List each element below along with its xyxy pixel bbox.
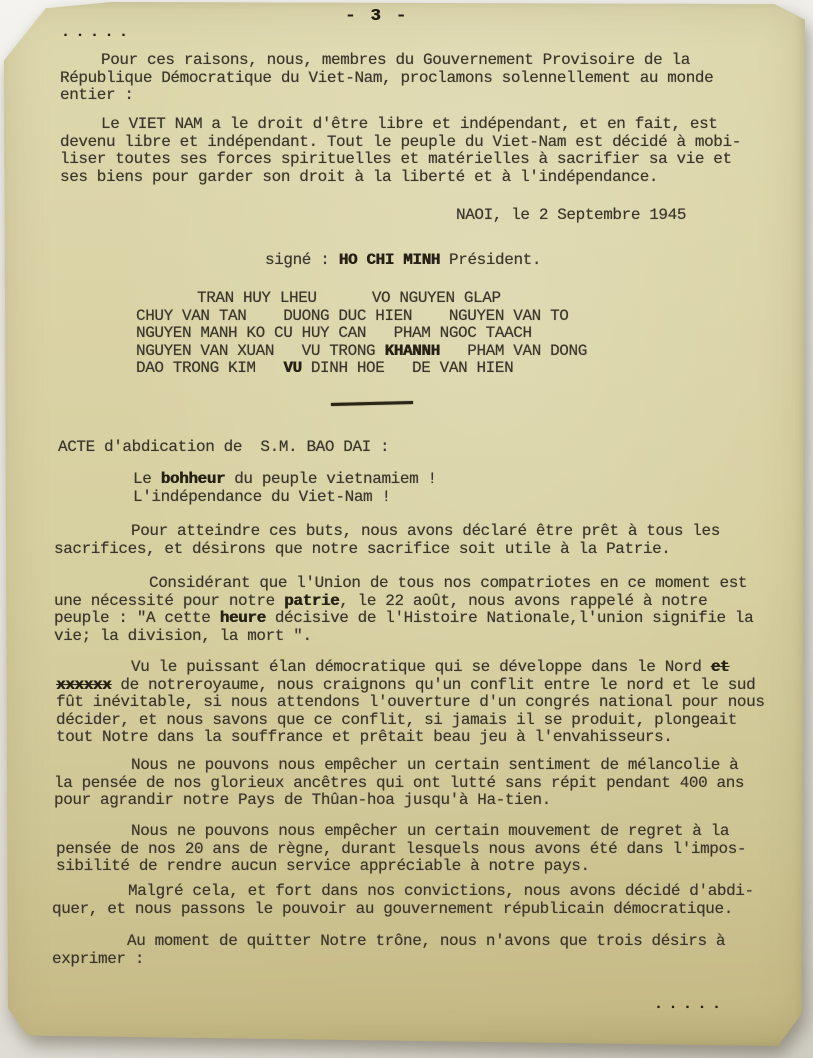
text-segment: Pour ces raisons, nous, membres du Gouve… [101, 51, 690, 69]
text-line: ..... [654, 996, 727, 1014]
text-segment: PHAM VAN DONG [440, 342, 587, 360]
text-segment: liser toutes ses forces spirituelles et … [60, 150, 732, 168]
struck-out-text: xxxxxx [56, 676, 111, 694]
text-segment: sacrifices, et désirons que notre sacrif… [54, 540, 671, 558]
text-line: Pour ces raisons, nous, membres du Gouve… [60, 52, 713, 70]
text-line: sacrifices, et désirons que notre sacrif… [54, 541, 720, 559]
text-line: devenu libre et indépendant. Tout le peu… [60, 134, 741, 152]
text-line: Le VIET NAM a le droit d'être libre et i… [60, 116, 741, 134]
text-segment: Pour atteindre ces buts, nous avons décl… [131, 522, 720, 540]
text-segment: Considérant que l'Union de tous nos comp… [149, 574, 747, 592]
dateline: NAOI, le 2 Septembre 1945 [456, 207, 686, 225]
page-number: - 3 - [345, 7, 409, 27]
text-line: quer, et nous passons le pouvoir au gouv… [52, 901, 754, 919]
text-line: TRAN HUY LHEU VO NGUYEN GLAP [136, 290, 587, 308]
struck-out-text: et [711, 658, 729, 676]
text-segment: pour agrandir notre Pays de Thûan-hoa ju… [54, 791, 551, 809]
text-line: xxxxxx de notreroyaume, nous craignons q… [56, 677, 765, 695]
text-segment: DINH HOE DE VAN HIEN [302, 359, 514, 377]
overstruck-bold-text: patrie [284, 592, 339, 610]
text-segment: entier : [60, 86, 134, 104]
overstruck-bold-text: KHANNH [384, 342, 439, 360]
text-segment: Vu le puissant élan démocratique qui se … [131, 658, 711, 676]
text-segment: vie; la division, la mort ". [54, 627, 312, 645]
para-considerant: Considérant que l'Union de tous nos comp… [54, 575, 753, 645]
text-line: République Démocratique du Viet-Nam, pro… [60, 70, 713, 88]
text-line: Le bohheur du peuple vietnamiem ! [133, 471, 437, 489]
text-line: CHUY VAN TAN DUONG DUC HIEN NGUYEN VAN T… [136, 308, 587, 326]
text-line: Vu le puissant élan démocratique qui se … [56, 659, 765, 677]
text-line: ..... [61, 24, 134, 42]
text-segment: devenu libre et indépendant. Tout le peu… [60, 133, 741, 151]
text-segment: sibilité de rendre aucun service appréci… [56, 857, 590, 875]
text-line: exprimer : [52, 951, 725, 969]
text-segment: quer, et nous passons le pouvoir au gouv… [52, 900, 733, 918]
text-segment: DAO TRONG KIM [136, 359, 283, 377]
separator-rule [331, 401, 413, 406]
text-line: Malgré cela, et fort dans nos conviction… [52, 883, 754, 901]
para-atteindre: Pour atteindre ces buts, nous avons décl… [54, 523, 720, 558]
text-segment: décider, et nous savons que ce conflit, … [56, 711, 737, 729]
text-segment: ses biens pour garder son droit à la lib… [60, 168, 658, 186]
text-segment: , le 22 août, nous avons rappelé à notre [339, 592, 707, 610]
text-segment: L'indépendance du Viet-Nam ! [133, 488, 391, 506]
text-segment: du peuple vietnamiem ! [225, 470, 437, 488]
text-segment: fût inévitable, si nous attendons l'ouve… [56, 693, 765, 711]
text-line: peuple : "A cette heure décisive de l'Hi… [54, 610, 753, 628]
text-line: sibilité de rendre aucun service appréci… [56, 858, 746, 876]
text-line: NGUYEN MANH KO CU HUY CAN PHAM NGOC TAAC… [136, 325, 587, 343]
text-segment: Le VIET NAM a le droit d'être libre et i… [101, 115, 718, 133]
text-line: DAO TRONG KIM VU DINH HOE DE VAN HIEN [136, 360, 587, 378]
text-line: Nous ne pouvons nous empêcher un certain… [54, 757, 744, 775]
para-au-moment: Au moment de quitter Notre trône, nous n… [52, 933, 725, 968]
text-line: une nécessité pour notre patrie, le 22 a… [54, 593, 753, 611]
document-photo: { "page_number": "- 3 -", "ink_color": "… [0, 0, 813, 1058]
signatories: TRAN HUY LHEU VO NGUYEN GLAPCHUY VAN TAN… [136, 290, 587, 378]
text-line: Pour atteindre ces buts, nous avons décl… [54, 523, 720, 541]
text-segment: de notreroyaume, nous craignons qu'un co… [111, 676, 755, 694]
text-segment: une nécessité pour notre [54, 592, 284, 610]
text-segment: la pensée de nos glorieux ancêtres qui o… [54, 774, 744, 792]
text-line: ACTE d'abdication de S.M. BAO DAI : [58, 439, 389, 457]
text-segment: NGUYEN VAN XUAN VU TRONG [136, 342, 384, 360]
text-line: entier : [60, 87, 713, 105]
text-segment: TRAN HUY LHEU VO NGUYEN GLAP [197, 289, 501, 307]
text-line: pensée de nos 20 ans de règne, durant le… [56, 841, 746, 859]
text-line: pour agrandir notre Pays de Thûan-hoa ju… [54, 792, 744, 810]
text-line: L'indépendance du Viet-Nam ! [133, 489, 437, 507]
text-segment: exprimer : [52, 950, 144, 968]
text-segment: CHUY VAN TAN DUONG DUC HIEN NGUYEN VAN T… [136, 307, 568, 325]
bottom-dots: ..... [654, 996, 727, 1014]
text-segment: NGUYEN MANH KO CU HUY CAN PHAM NGOC TAAC… [136, 324, 532, 342]
para-regret: Nous ne pouvons nous empêcher un certain… [56, 823, 746, 876]
text-line: vie; la division, la mort ". [54, 628, 753, 646]
paper-sheet: - 3 - .....Pour ces raisons, nous, membr… [4, 2, 805, 1046]
para-melancolie: Nous ne pouvons nous empêcher un certain… [54, 757, 744, 810]
text-segment: peuple : "A cette [54, 609, 220, 627]
overstruck-bold-text: heure [220, 609, 266, 627]
overstruck-bold-text: VU [283, 359, 301, 377]
text-segment: ..... [654, 996, 727, 1013]
text-line: décider, et nous savons que ce conflit, … [56, 712, 765, 730]
text-segment: Nous ne pouvons nous empêcher un certain… [131, 756, 738, 774]
acte-heading: ACTE d'abdication de S.M. BAO DAI : [58, 439, 389, 457]
overstruck-bold-text: bohheur [161, 470, 225, 488]
text-line: Nous ne pouvons nous empêcher un certain… [56, 823, 746, 841]
page-content: - 3 - .....Pour ces raisons, nous, membr… [4, 2, 805, 1046]
text-line: fût inévitable, si nous attendons l'ouve… [56, 694, 765, 712]
para-proclamation: Pour ces raisons, nous, membres du Gouve… [60, 52, 713, 105]
text-line: signé : HO CHI MINH Président. [265, 252, 541, 270]
text-line: NGUYEN VAN XUAN VU TRONG KHANNH PHAM VAN… [136, 343, 587, 361]
para-vu-elan: Vu le puissant élan démocratique qui se … [56, 659, 765, 747]
text-line: liser toutes ses forces spirituelles et … [60, 151, 741, 169]
text-line: Au moment de quitter Notre trône, nous n… [52, 933, 725, 951]
text-segment: signé : [265, 251, 339, 269]
text-line: NAOI, le 2 Septembre 1945 [456, 207, 686, 225]
para-malgre: Malgré cela, et fort dans nos conviction… [52, 883, 754, 918]
text-segment: décisive de l'Histoire Nationale,l'union… [266, 609, 754, 627]
text-segment: Nous ne pouvons nous empêcher un certain… [131, 822, 729, 840]
text-segment: ..... [61, 24, 134, 41]
signature-line: signé : HO CHI MINH Président. [265, 252, 541, 270]
text-line: tout Notre dans la souffrance et prêtait… [56, 729, 765, 747]
text-segment: Au moment de quitter Notre trône, nous n… [127, 932, 725, 950]
text-segment: pensée de nos 20 ans de règne, durant le… [56, 840, 746, 858]
text-segment: tout Notre dans la souffrance et prêtait… [56, 728, 673, 746]
text-segment: République Démocratique du Viet-Nam, pro… [60, 69, 713, 87]
text-segment: Président. [440, 251, 541, 269]
text-segment: NAOI, le 2 Septembre 1945 [456, 206, 686, 224]
text-segment: Malgré cela, et fort dans nos conviction… [128, 882, 754, 900]
overstruck-bold-text: HO CHI MINH [339, 251, 440, 269]
text-line: ses biens pour garder son droit à la lib… [60, 169, 741, 187]
text-line: Considérant que l'Union de tous nos comp… [54, 575, 753, 593]
para-viet-nam-droit: Le VIET NAM a le droit d'être libre et i… [60, 116, 741, 186]
slogans: Le bohheur du peuple vietnamiem !L'indép… [133, 471, 437, 506]
paper-background: - 3 - .....Pour ces raisons, nous, membr… [4, 2, 805, 1046]
text-segment: ACTE d'abdication de S.M. BAO DAI : [58, 438, 389, 456]
text-line: la pensée de nos glorieux ancêtres qui o… [54, 775, 744, 793]
top-dots: ..... [61, 24, 134, 42]
text-segment: Le [133, 470, 161, 488]
